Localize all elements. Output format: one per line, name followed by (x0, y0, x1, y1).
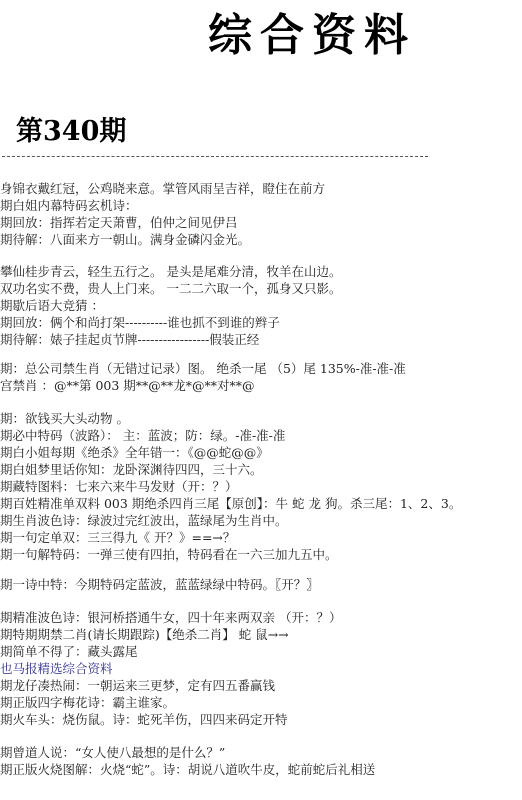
text-line: 期生肖波色诗：绿波过完红波出，蓝绿尾为生肖中。 (0, 513, 288, 529)
issue-number: 第340期 (16, 118, 126, 145)
page-title: 综合资料 (208, 14, 416, 58)
text-line: 期待解：婊子挂起贞节牌-----------------假装正经 (0, 332, 259, 348)
section-heading: 也马报精选综合资料 (0, 661, 113, 677)
text-line: 双功名实不费，贵人上门来。 一二二六取一个，孤身又只影。 (0, 281, 341, 297)
text-line: 期正版四字梅花诗：霸主谁家。 (0, 695, 175, 711)
text-line: 期歇后语大竞猜 ： (0, 298, 104, 314)
text-line: 宫禁肖 ：@**第 003 期**@**龙*@**对**@ (0, 378, 255, 394)
text-line: 期回放：指挥若定天萧曹，伯仲之间见伊吕 (0, 215, 238, 231)
text-line: 期特期期禁二肖(请长期跟踪)【绝杀二肖】 蛇 鼠→→ (0, 627, 289, 643)
text-line: 期简单不得了：藏头露尾 (0, 644, 138, 660)
text-line: 期一诗中特：今期特码定蓝波，蓝蓝绿绿中特码。〖开？〗 (0, 577, 319, 593)
text-line: 期：欲钱买大头动物 。 (0, 411, 129, 427)
text-line: 期待解：八面来方一朝山。满身金磷闪金光。 (0, 232, 250, 248)
text-line: 期精准波色诗：银河桥搭通牛女，四十年来两双亲 （开：？） (0, 610, 341, 626)
text-line: 身锦衣戴红冠，公鸡晓来意。掌管风雨呈吉祥，瞪住在前方 (0, 181, 325, 197)
text-line: 期白小姐每期《绝杀》全年错一：《@@蛇@@》 (0, 445, 269, 461)
text-line: 期百姓精准单双料 003 期绝杀四肖三尾【原创】：牛 蛇 龙 狗。杀三尾：1、2… (0, 496, 461, 512)
text-line: 期：总公司禁生肖（无错过记录）图。 绝杀一尾 （5）尾 135%-准-准-准 (0, 361, 406, 377)
text-line: 期正版火烧图解：火烧“蛇”。诗：胡说八道吹牛皮，蛇前蛇后礼相送 (0, 762, 375, 778)
text-line: 期白姐内幕特码玄机诗： (0, 198, 138, 214)
text-line: 期藏特图料：七来六来牛马发财（开：？） (0, 479, 238, 495)
text-line: 攀仙桂步青云，轻生五行之。 是头是尾难分清，牧羊在山边。 (0, 264, 341, 280)
text-line: 期一句解特码：一弹三使有四拍，特码看在一六三加九五中。 (0, 547, 338, 563)
dashed-divider (2, 156, 428, 157)
text-line: 期白姐梦里话你知：龙卧深渊待四四，三十六。 (0, 462, 263, 478)
text-line: 期一句定单双：三三得九《 开？》==→？ (0, 530, 235, 546)
text-line: 期龙仔凑热闹：一朝运来三更梦，定有四五番赢钱 (0, 678, 275, 694)
text-line: 期火车头：烧伤鼠。诗：蛇死羊伤，四四来码定开特 (0, 712, 288, 728)
text-line: 期回放：俩个和尚打架----------谁也抓不到谁的辫子 (0, 315, 280, 331)
text-line: 期必中特码（波路）： 主：蓝波；防：绿。-准-准-准 (0, 428, 285, 444)
text-line: 期曾道人说：“女人使八最想的是什么？” (0, 745, 225, 761)
